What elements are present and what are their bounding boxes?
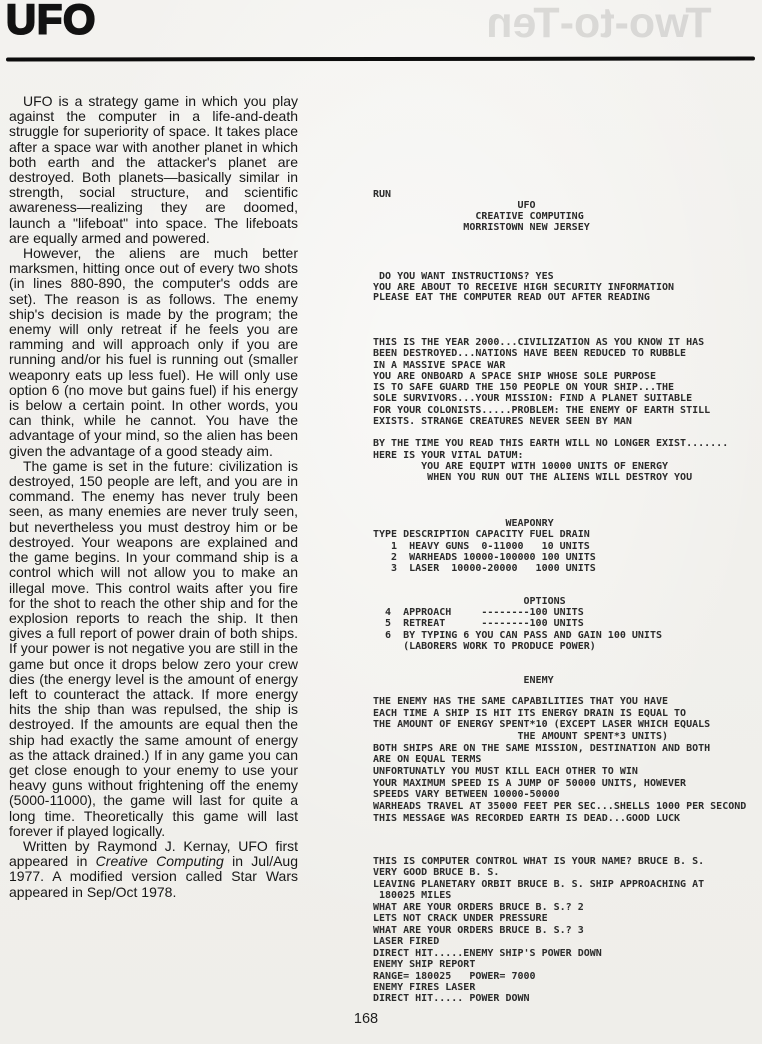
article-byline-paragraph: Written by Raymond J. Kernay, UFO first … (9, 839, 298, 900)
terminal-weaponry-table: WEAPONRY TYPE DESCRIPTION CAPACITY FUEL … (373, 518, 596, 574)
article-paragraph: The game is set in the future: civilizat… (9, 459, 298, 839)
terminal-run-header: RUN UFO CREATIVE COMPUTING MORRISTOWN NE… (373, 189, 590, 233)
byline-publication-name: Creative Computing (96, 853, 224, 869)
terminal-briefing: THIS IS THE YEAR 2000...CIVILIZATION AS … (373, 337, 728, 483)
page-number: 168 (346, 1011, 386, 1027)
article-column: UFO is a strategy game in which you play… (9, 94, 298, 900)
terminal-enemy-info: THE ENEMY HAS THE SAME CAPABILITIES THAT… (373, 696, 746, 824)
header-rule (6, 56, 755, 61)
terminal-enemy-heading: ENEMY (373, 675, 554, 686)
scanned-book-page: UFO Two-to-Ten UFO is a strategy game in… (0, 0, 762, 1044)
ufo-logo: UFO (6, 0, 96, 40)
terminal-options-list: OPTIONS 4 APPROACH --------100 UNITS 5 R… (373, 596, 662, 652)
bleed-through-title: Two-to-Ten (450, 0, 748, 46)
article-paragraph: However, the aliens are much better mark… (9, 246, 298, 459)
terminal-game-session: THIS IS COMPUTER CONTROL WHAT IS YOUR NA… (373, 856, 704, 1005)
terminal-instructions-prompt: DO YOU WANT INSTRUCTIONS? YES YOU ARE AB… (373, 272, 674, 304)
article-paragraph: UFO is a strategy game in which you play… (9, 94, 298, 246)
